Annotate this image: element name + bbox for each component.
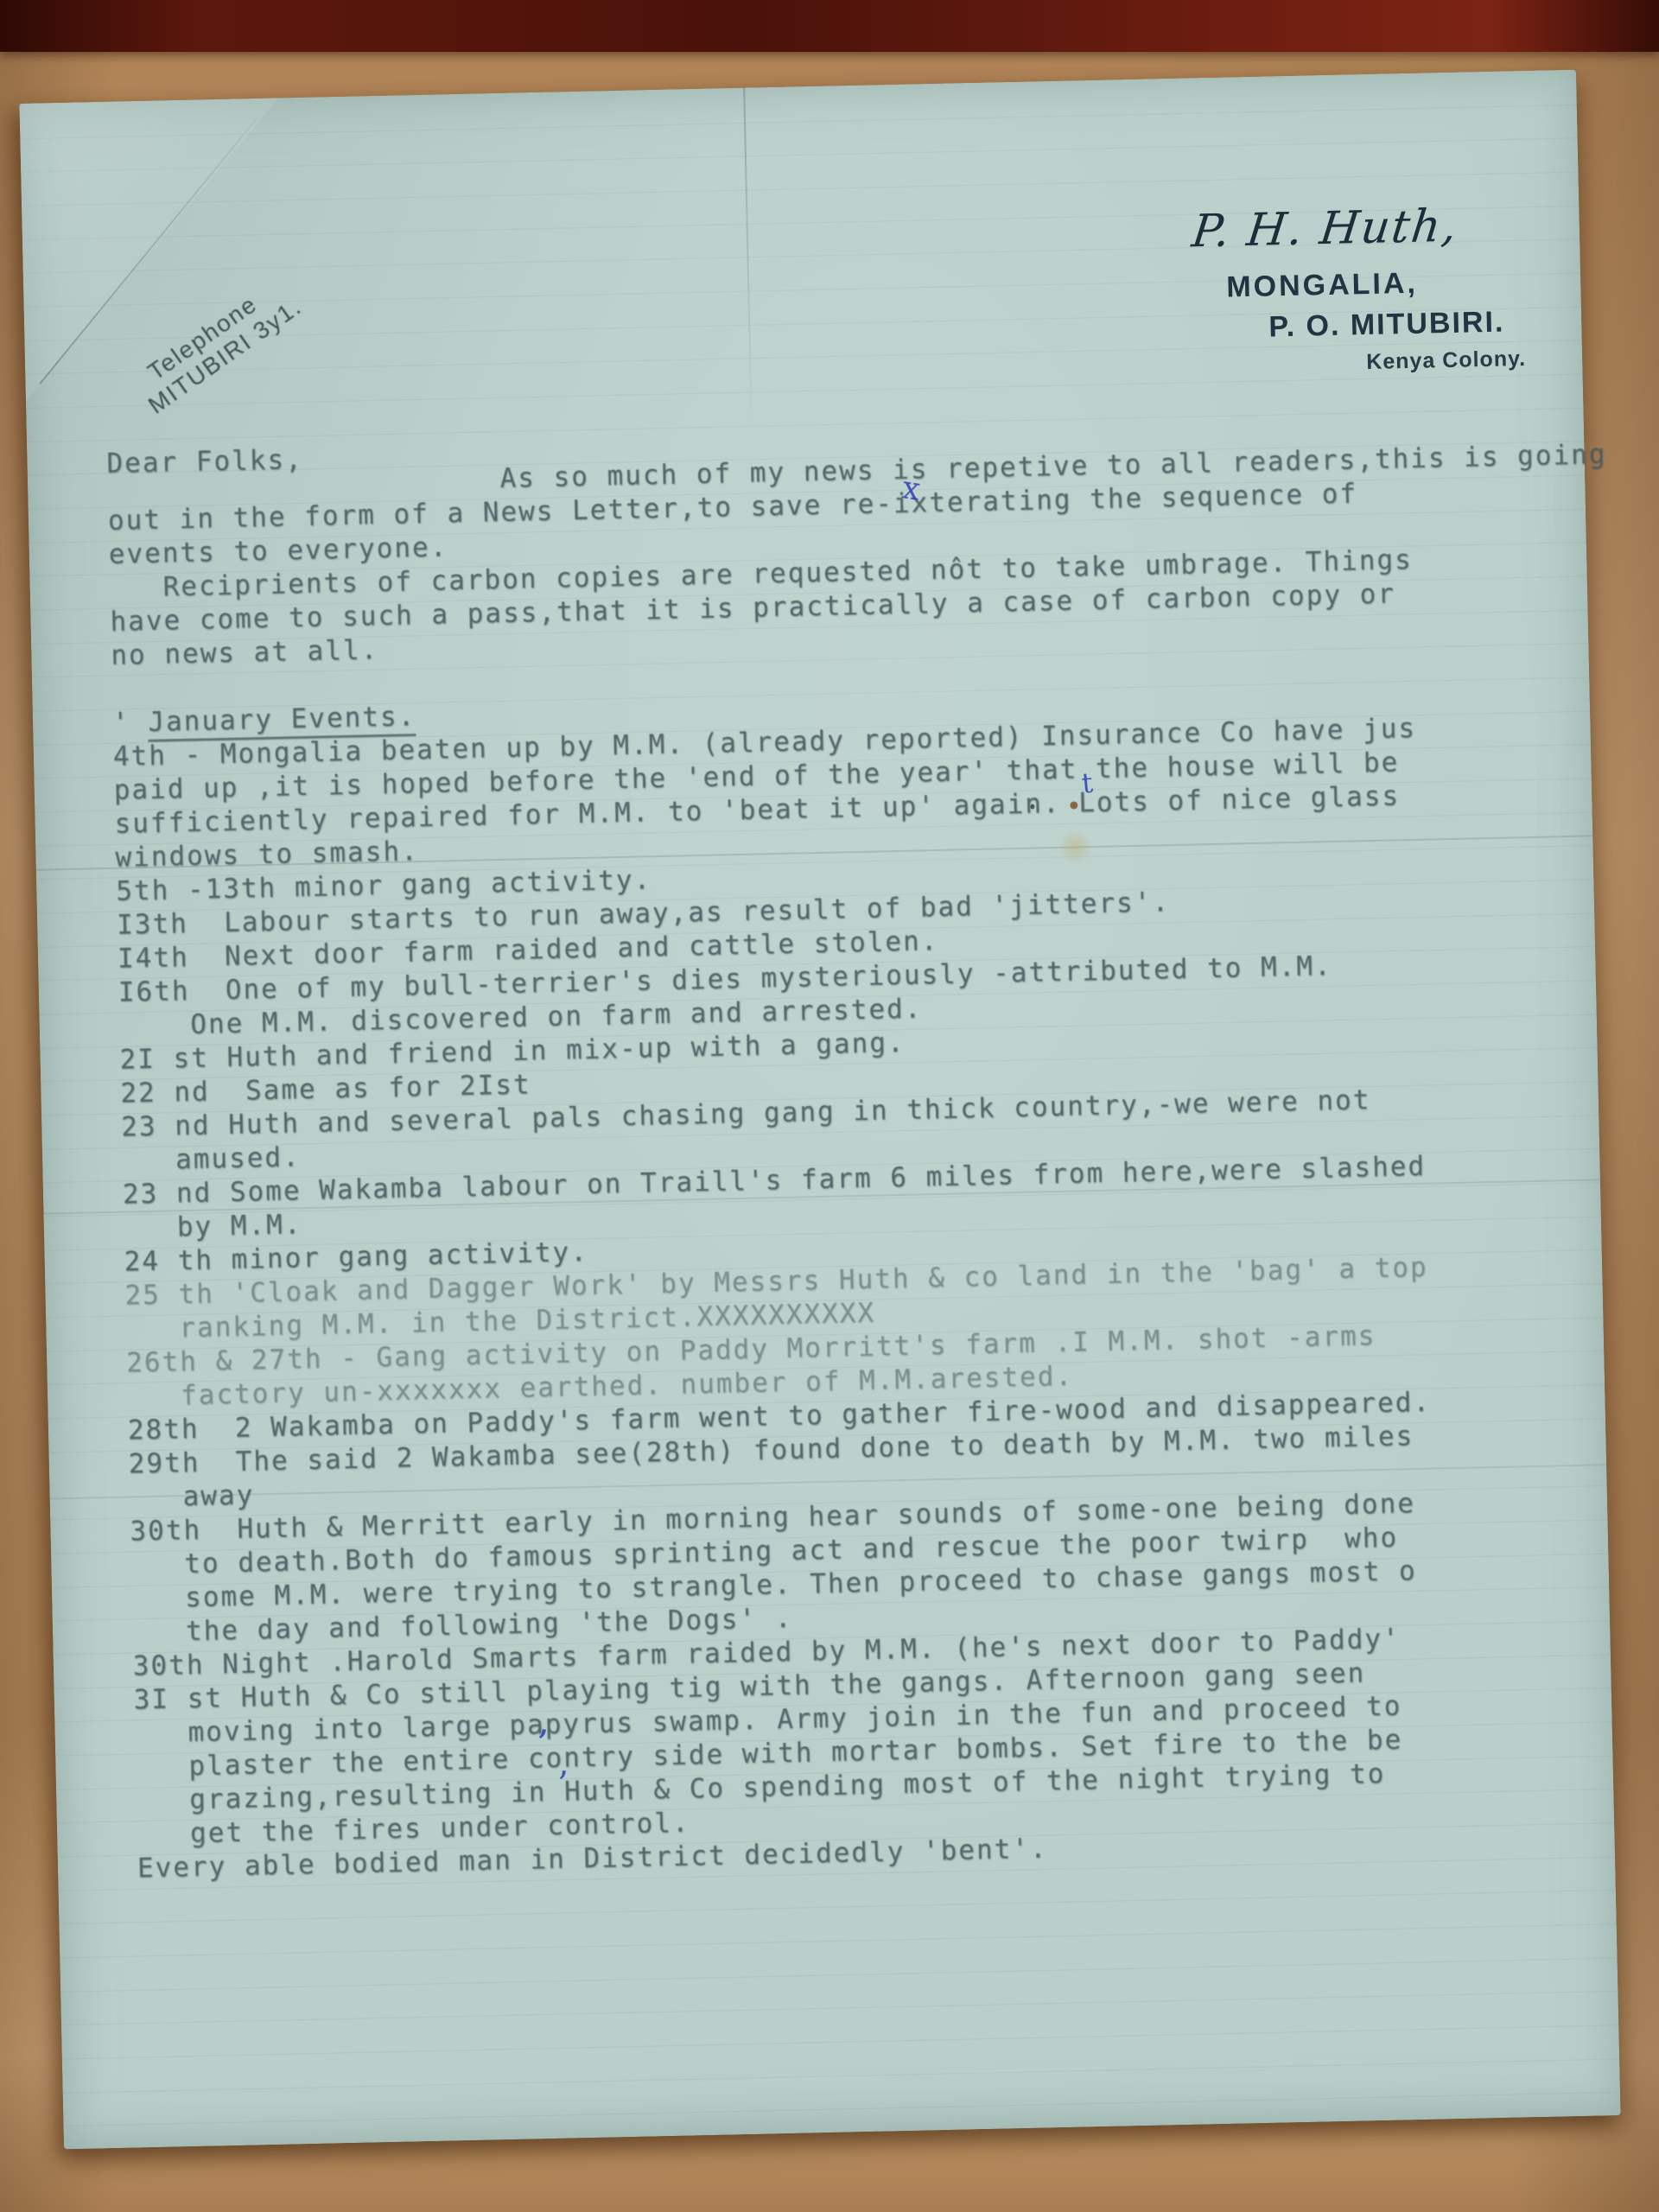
pen-insert-stroke: ’ (557, 1765, 569, 1805)
photo-of-letter: Telephone MITUBIRI 3y1. P. H. Huth, MONG… (0, 0, 1659, 2212)
letter-paper: Telephone MITUBIRI 3y1. P. H. Huth, MONG… (19, 70, 1620, 2150)
ink-speck (1030, 804, 1034, 809)
typed-lines: Dear Folks, As so much of my news is rep… (106, 416, 1589, 1885)
letterhead-name: P. H. Huth, (1189, 197, 1598, 257)
crease-line (743, 88, 753, 434)
letterhead-colony: Kenya Colony. (1366, 345, 1599, 375)
background-top-band (0, 0, 1659, 52)
letterhead: P. H. Huth, MONGALIA, P. O. MITUBIRI. Ke… (1179, 197, 1598, 378)
letterhead-post-office: P. O. MITUBIRI. (1268, 303, 1598, 344)
letterhead-place: MONGALIA, (1226, 263, 1597, 304)
telephone-stamp: Telephone MITUBIRI 3y1. (127, 270, 307, 419)
